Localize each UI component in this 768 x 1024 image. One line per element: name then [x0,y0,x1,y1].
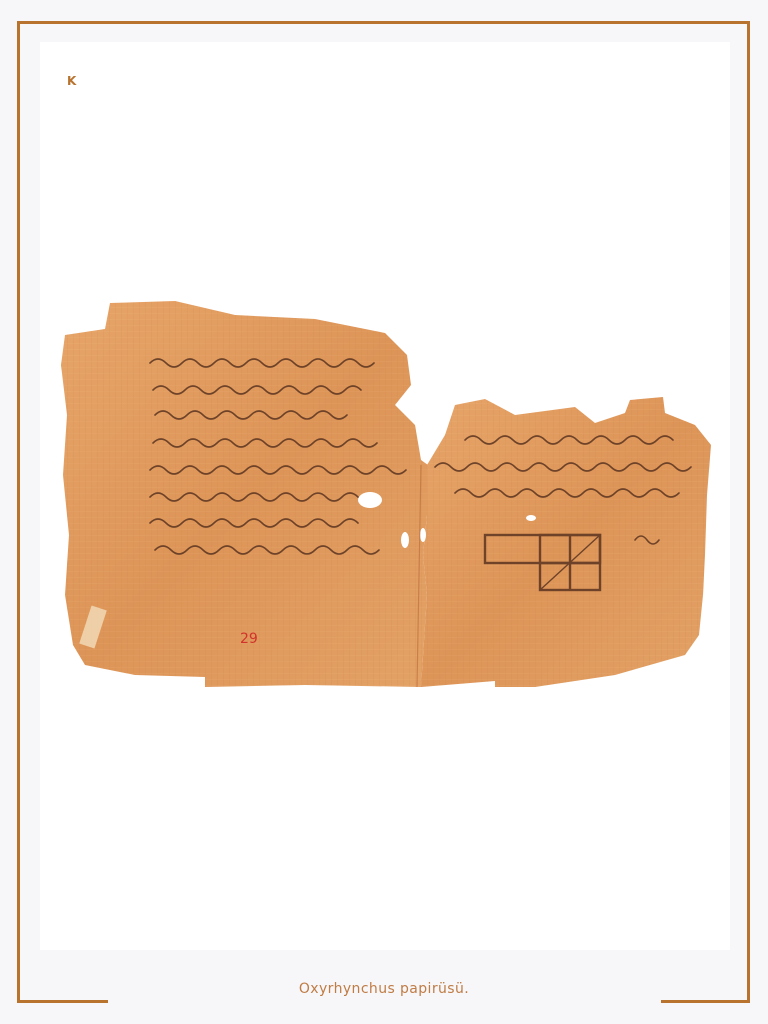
frame-border-right [747,21,750,1003]
frame-border-bottom-right [661,1000,750,1003]
frame-border-top [17,21,750,24]
frame-border-left [17,21,20,1003]
figure-caption: Oxyrhynchus papirüsü. [0,981,768,997]
chapter-letter: K [67,74,76,88]
frame-border-bottom-left [17,1000,108,1003]
papyrus-image: 29 [55,295,715,695]
page-number-mark: 29 [240,631,258,647]
